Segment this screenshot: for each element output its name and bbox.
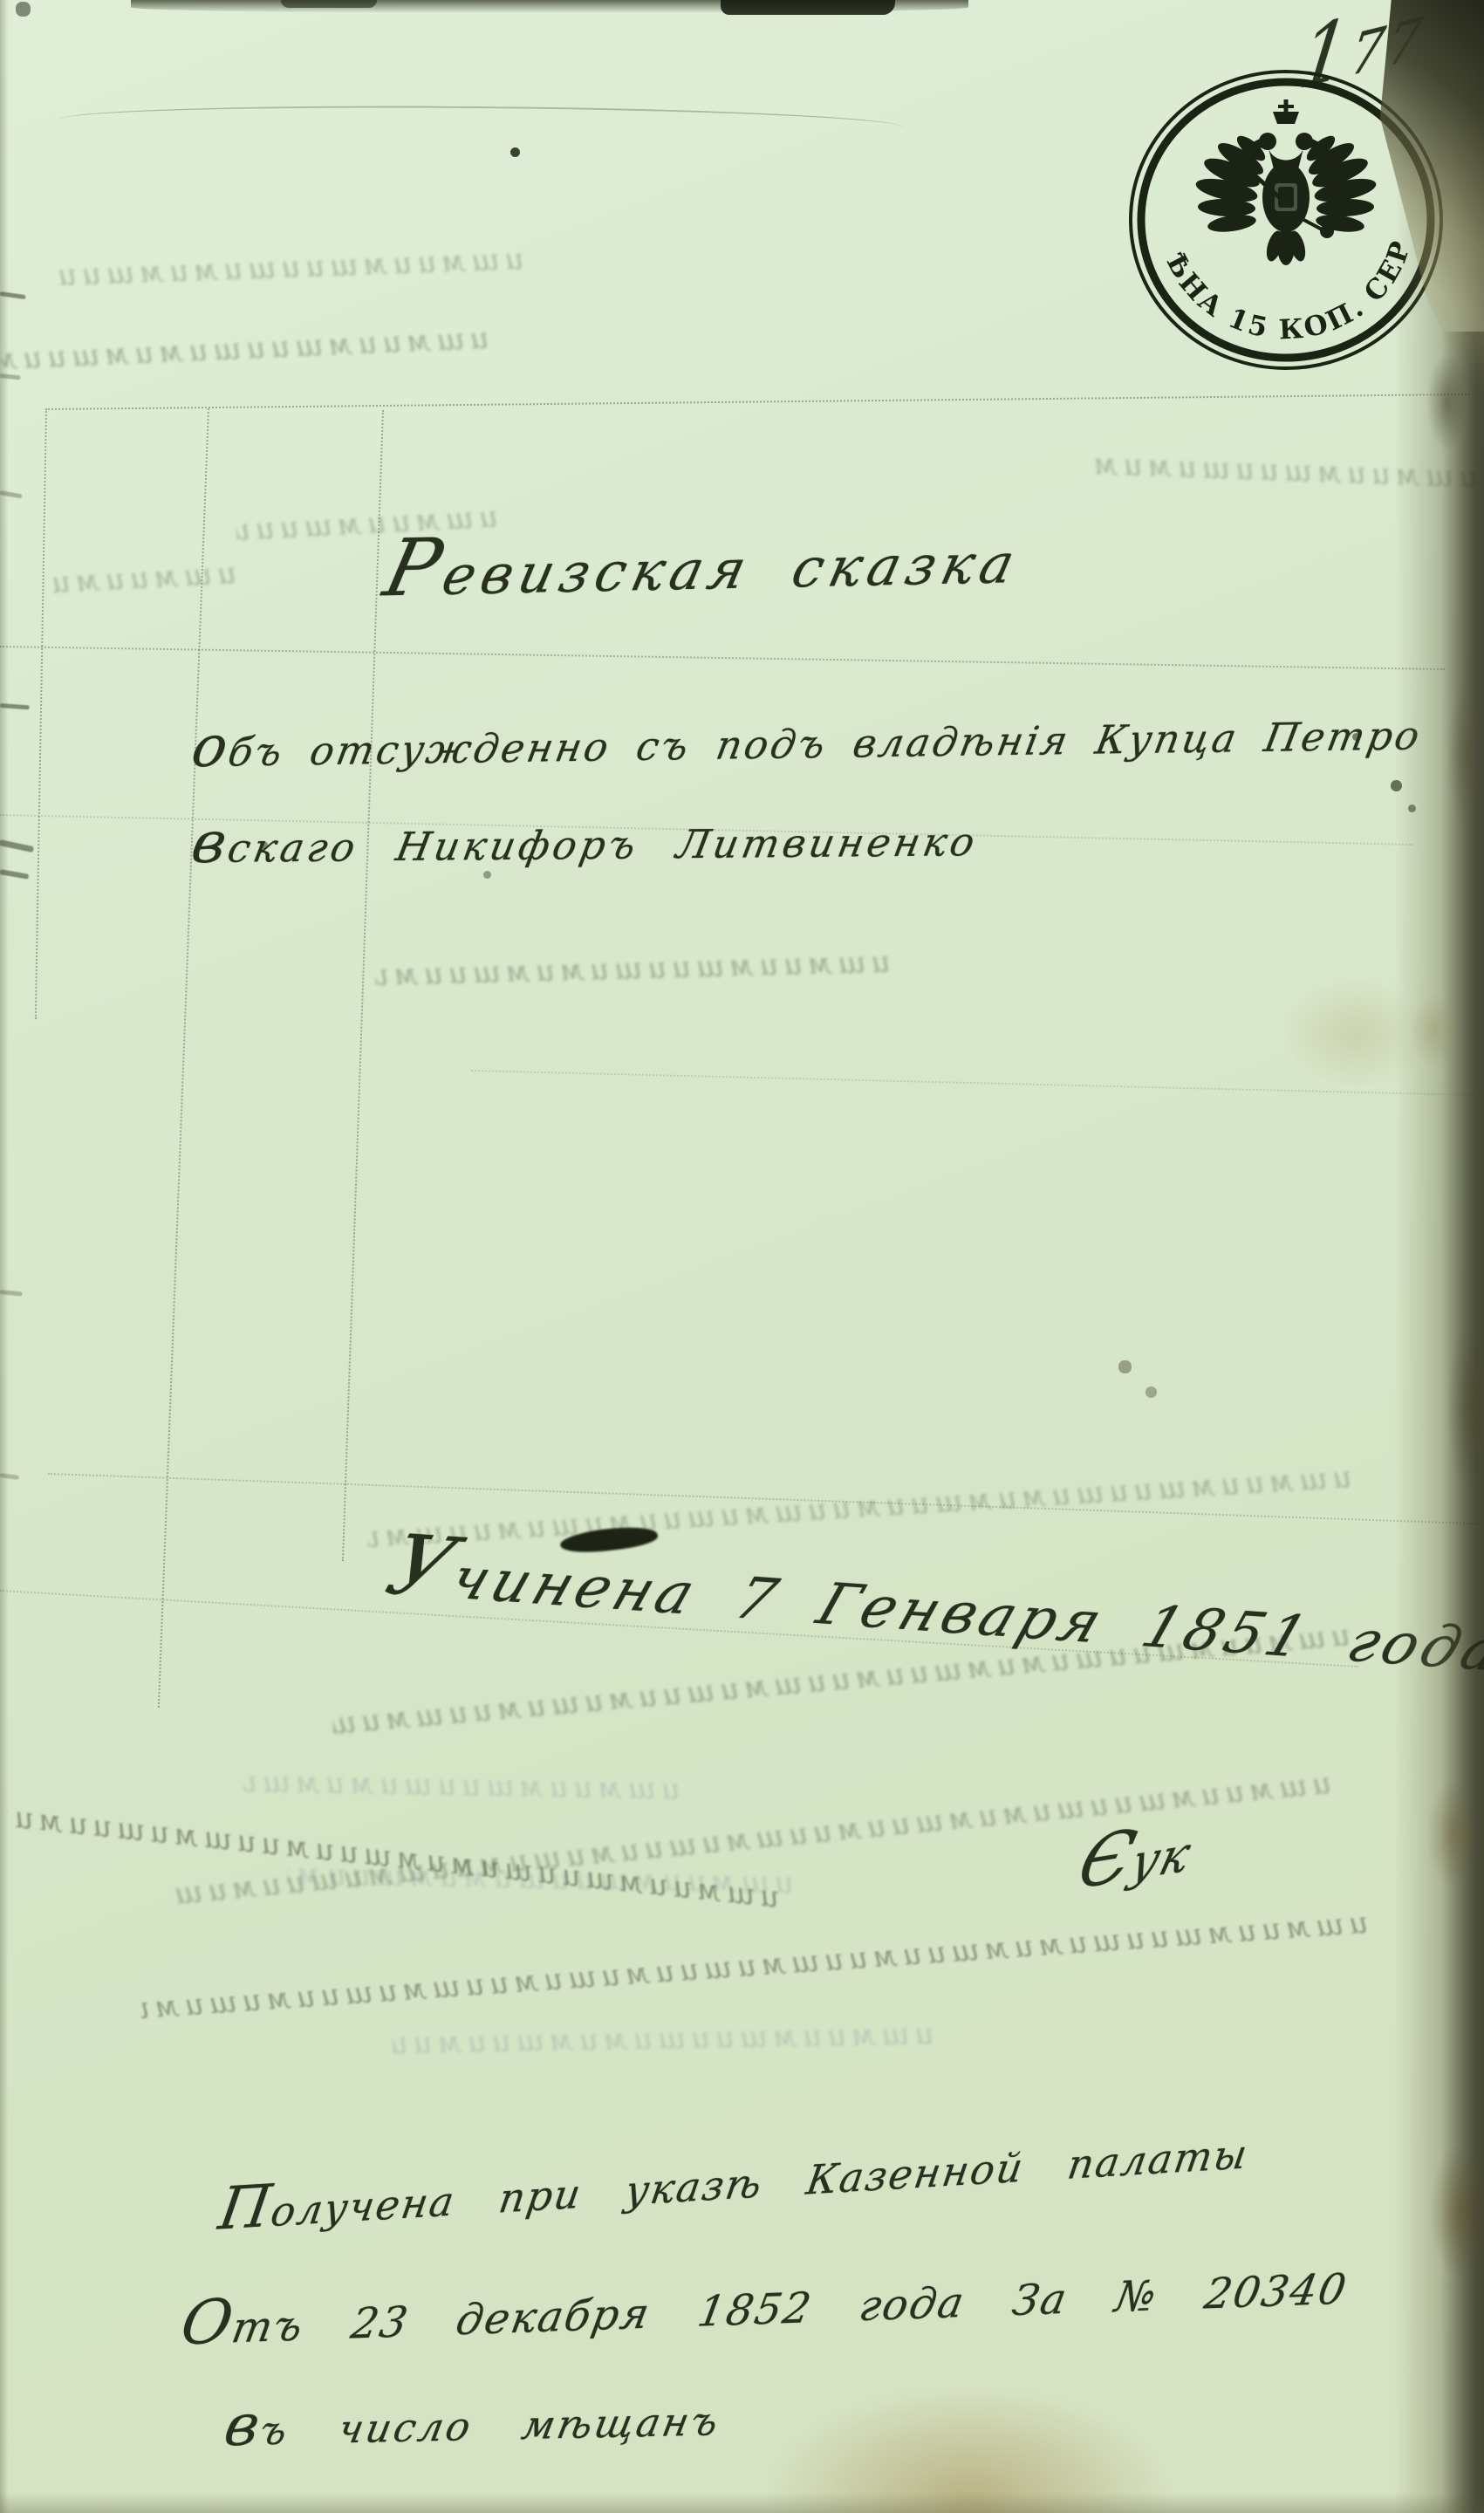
- scanned-revision-list-page: ишмиимшиишимимшиимиишмишиимиши ишмиимшии…: [0, 0, 1484, 2513]
- bleed-through-line-2: ишмиимшиишимимшиимиишмишиимиши: [0, 321, 489, 377]
- receipt-line-2: Отъ 23 декабря 1852 года За № 20340: [176, 2247, 1355, 2359]
- table-grid-line-h1: [48, 394, 1470, 410]
- crease-line: [58, 103, 904, 152]
- table-grid-line-v2: [158, 408, 209, 1708]
- subject-line-2: вскаго Никифоръ Литвиненко: [187, 803, 985, 876]
- table-grid-line-v1: [35, 408, 47, 1019]
- eagle-emblem: [1193, 99, 1378, 265]
- bleed-through-line-14: ишмиимшиишимимшиимиишмишиимиши: [393, 2017, 934, 2061]
- subject-line-1: объ отсужденно съ подъ владѣнія Купца Пе…: [187, 696, 1428, 780]
- page-edge-top-blob: [721, 0, 895, 15]
- page-title: Ревизская сказка: [376, 510, 1031, 615]
- receipt-line-1: Получена при указѣ Казенной палаты: [215, 2113, 1255, 2243]
- page-edge-bottom: [0, 2492, 1484, 2513]
- page-edge-top-blob-2: [281, 0, 377, 8]
- table-grid-line-h2: [0, 646, 1445, 670]
- bleed-through-line-1: ишмиимшиишимимшиимиишмишиимиши: [52, 242, 524, 293]
- bleed-through-line-9: ишмиимшиишимимшиимиишмишиимиши: [243, 1764, 680, 1807]
- bleed-through-line-6: ишмиимшиишимимшиимиишмишиимиши: [375, 945, 891, 993]
- page-edge-left: [0, 0, 9, 2513]
- bleed-through-line-13: ишмиимшиишимимшиимиишмишиимишимиишмишиим…: [140, 1906, 1369, 2026]
- bleed-through-line-5: ишмиимшиишимимшиимиишмишиимиши: [52, 556, 237, 600]
- receipt-line-3: въ число мѣщанъ: [219, 2382, 727, 2459]
